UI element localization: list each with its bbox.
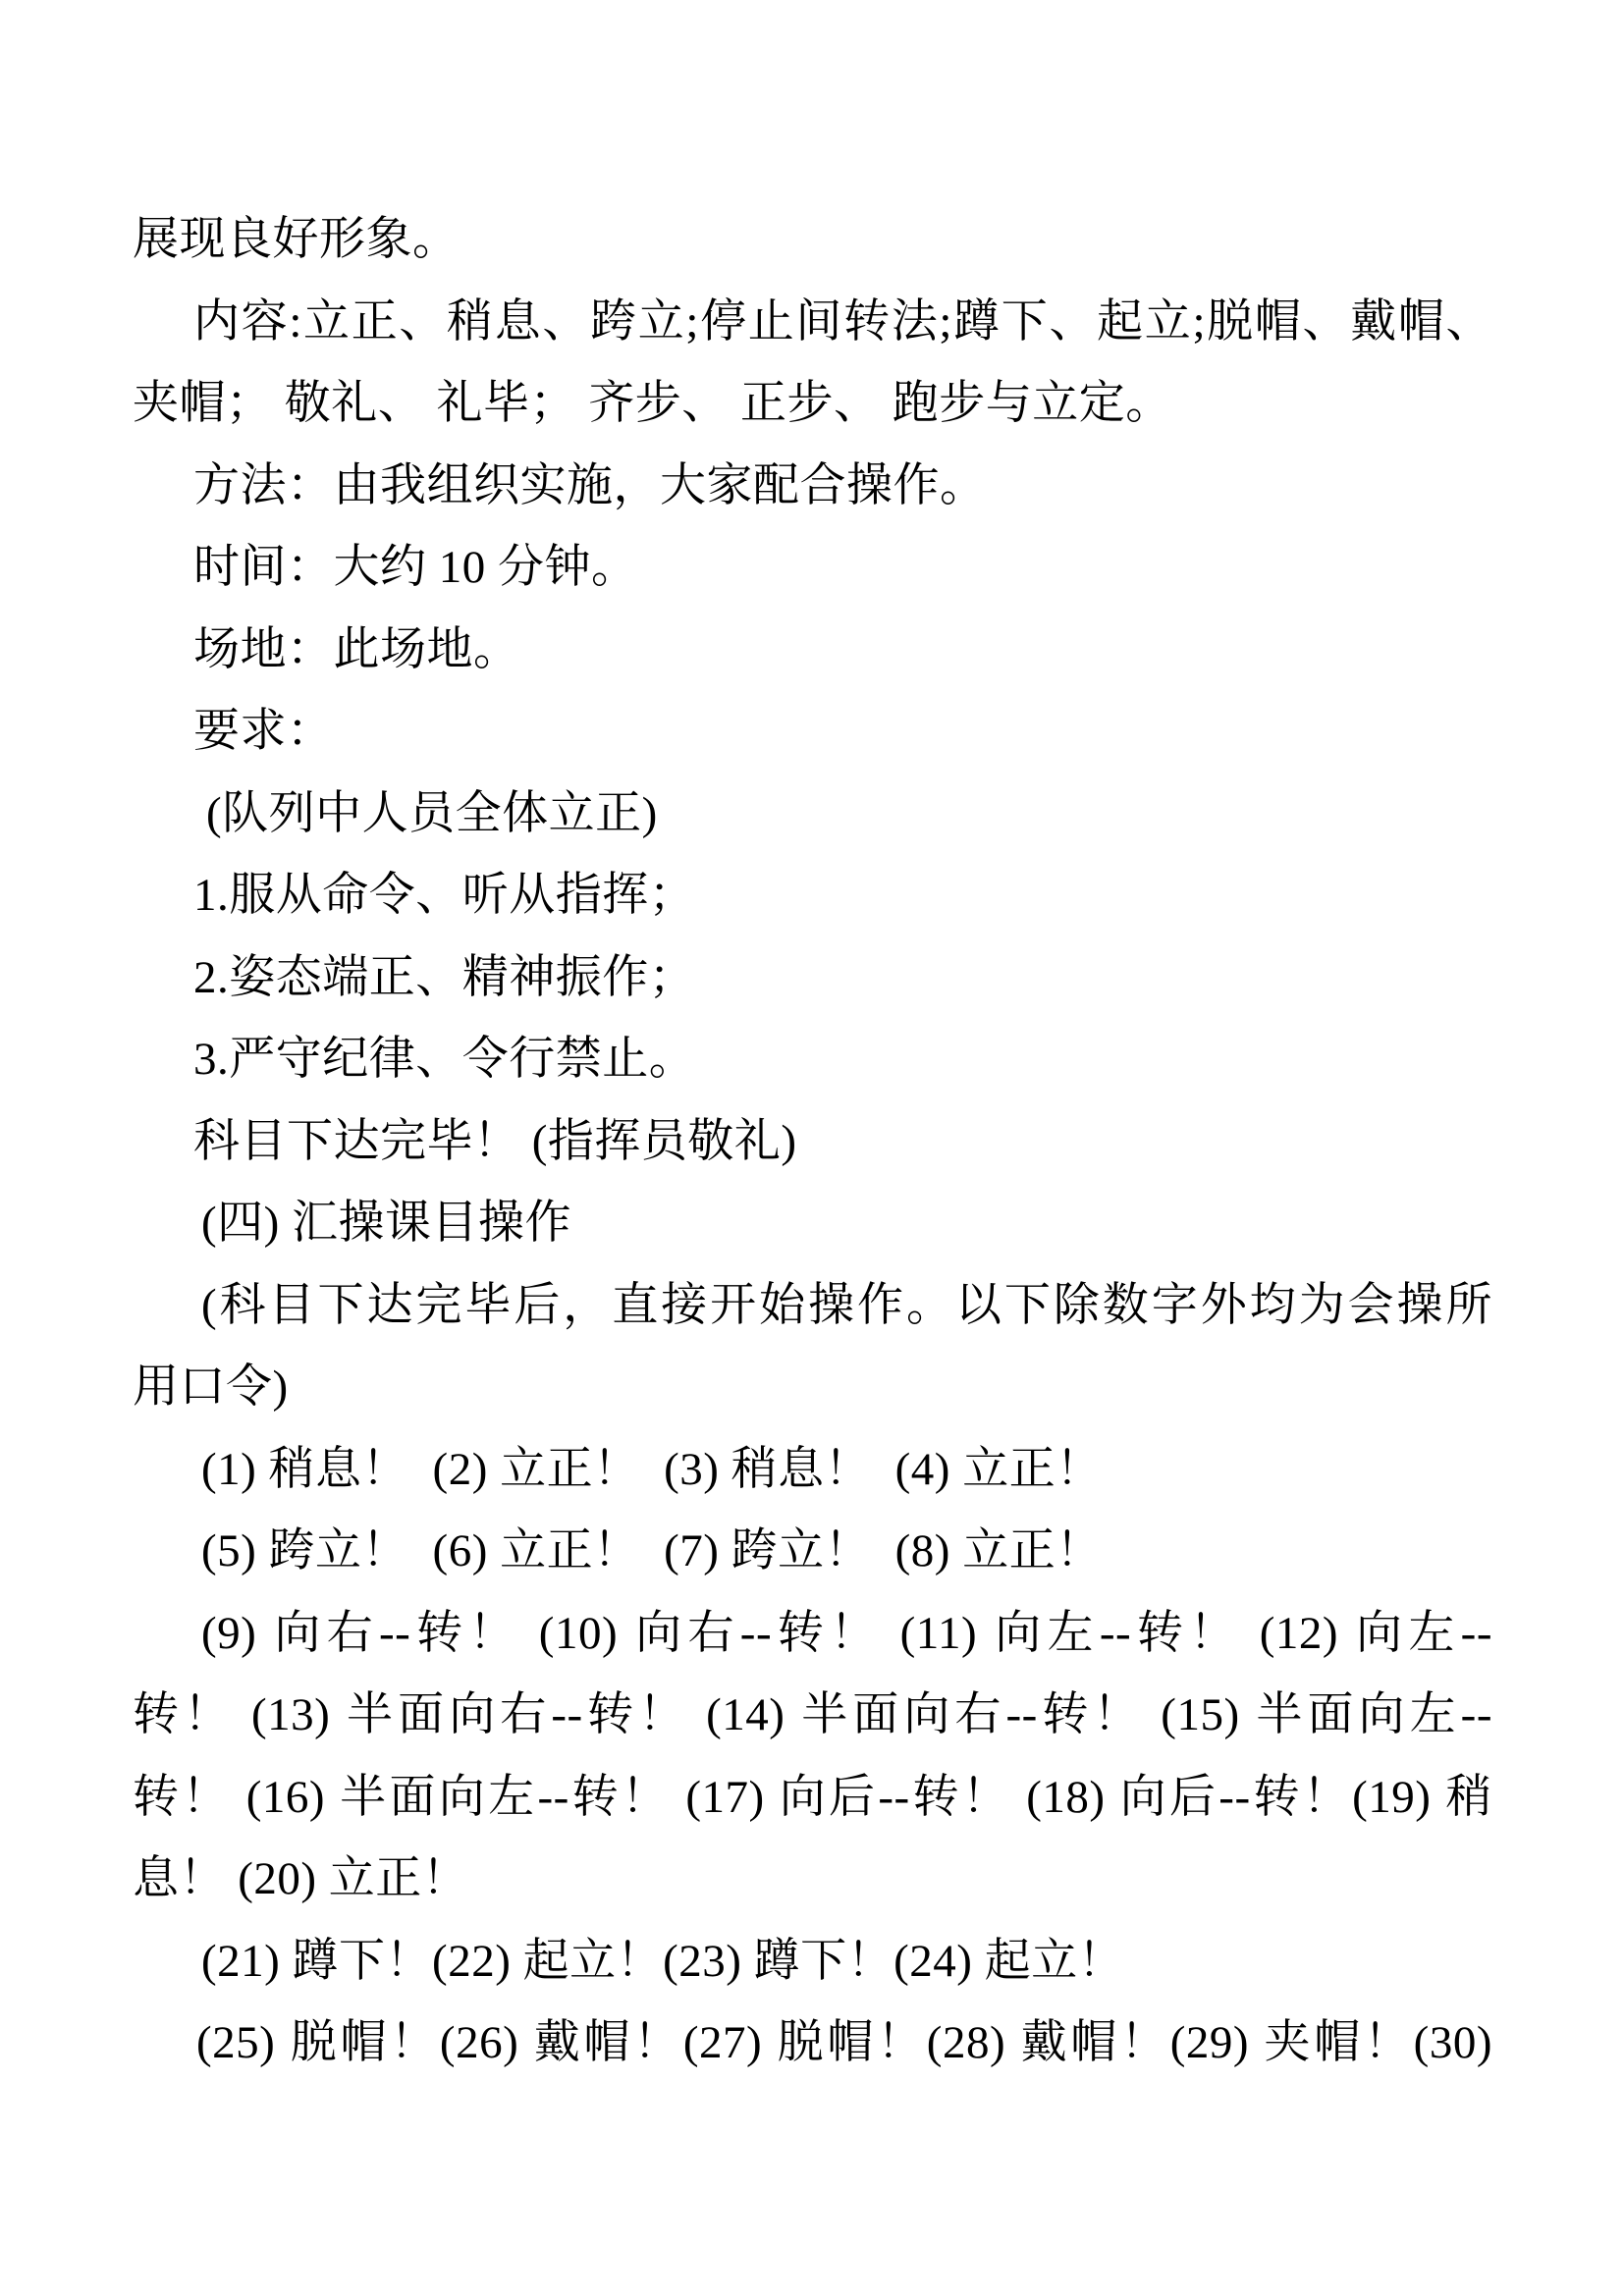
paragraph-line: 息！ (20) 立正！: [133, 1839, 1492, 1921]
paragraph-line: 1.服从命令、听从指挥；: [133, 855, 1492, 937]
paragraph-line: 要求：: [133, 691, 1492, 774]
paragraph-line: 内容:立正、稍息、跨立;停止间转法;蹲下、起立;脱帽、戴帽、: [133, 282, 1492, 364]
paragraph-line: 时间：大约 10 分钟。: [133, 527, 1492, 610]
paragraph-line: (21) 蹲下！(22) 起立！(23) 蹲下！(24) 起立！: [133, 1921, 1492, 2003]
document-page: 展现良好形象。内容:立正、稍息、跨立;停止间转法;蹲下、起立;脱帽、戴帽、夹帽；…: [0, 0, 1624, 2296]
paragraph-line: (科目下达完毕后，直接开始操作。以下除数字外均为会操所: [133, 1265, 1492, 1348]
paragraph-line: 转！ (13) 半面向右--转！ (14) 半面向右--转！ (15) 半面向左…: [133, 1675, 1492, 1757]
paragraph-line: 2.姿态端正、精神振作；: [133, 937, 1492, 1020]
paragraph-line: 方法：由我组织实施，大家配合操作。: [133, 446, 1492, 528]
paragraph-line: 夹帽； 敬礼、 礼毕； 齐步、 正步、 跑步与立定。: [133, 363, 1492, 446]
paragraph-line: (25) 脱帽！(26) 戴帽！(27) 脱帽！(28) 戴帽！(29) 夹帽！…: [133, 2002, 1492, 2085]
paragraph-line: 用口令): [133, 1347, 1492, 1429]
paragraph-line: 科目下达完毕！ (指挥员敬礼): [133, 1101, 1492, 1184]
paragraph-line: 转！ (16) 半面向左--转！ (17) 向后--转！ (18) 向后--转！…: [133, 1757, 1492, 1840]
paragraph-line: 展现良好形象。: [133, 199, 1492, 282]
document-body: 展现良好形象。内容:立正、稍息、跨立;停止间转法;蹲下、起立;脱帽、戴帽、夹帽；…: [133, 199, 1492, 2085]
paragraph-line: (1) 稍息！ (2) 立正！ (3) 稍息！ (4) 立正！: [133, 1429, 1492, 1512]
paragraph-line: (队列中人员全体立正): [133, 774, 1492, 856]
paragraph-line: (四) 汇操课目操作: [133, 1183, 1492, 1265]
paragraph-line: 3.严守纪律、令行禁止。: [133, 1019, 1492, 1101]
paragraph-line: (5) 跨立！ (6) 立正！ (7) 跨立！ (8) 立正！: [133, 1511, 1492, 1593]
paragraph-line: (9) 向右--转！ (10) 向右--转！ (11) 向左--转！ (12) …: [133, 1593, 1492, 1676]
paragraph-line: 场地：此场地。: [133, 610, 1492, 692]
